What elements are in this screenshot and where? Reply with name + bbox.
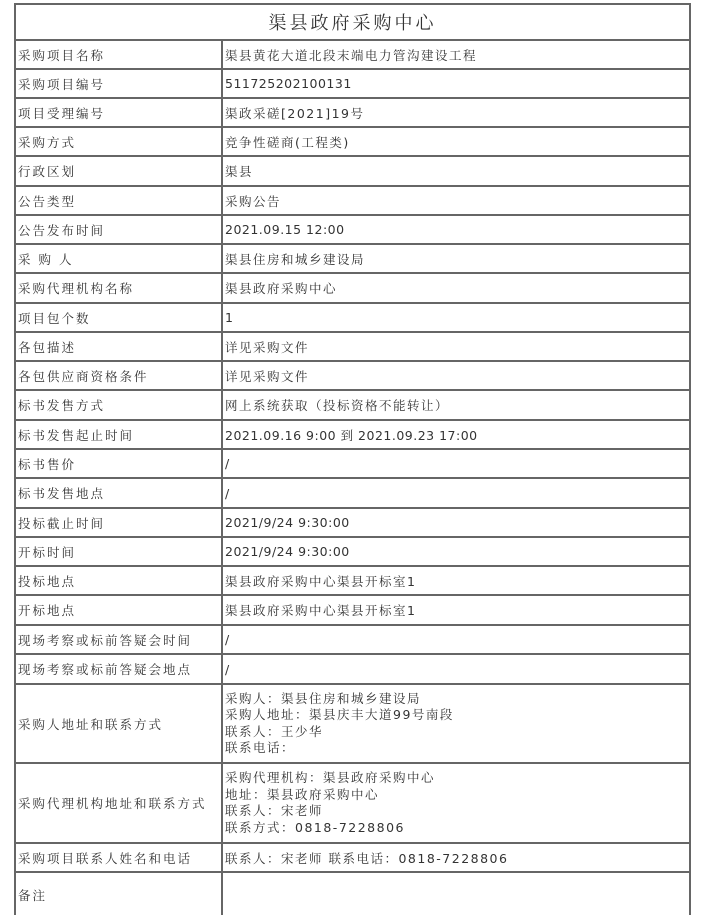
- table-row-region: 行政区划 渠县: [16, 157, 689, 187]
- row-label: 采购方式: [16, 128, 223, 155]
- row-label: 各包描述: [16, 333, 223, 360]
- table-row-agency-name: 采购代理机构名称 渠县政府采购中心: [16, 274, 689, 304]
- row-label: 标书售价: [16, 450, 223, 477]
- table-row-bid-opening-time: 开标时间 2021/9/24 9:30:00: [16, 538, 689, 567]
- row-value: 511725202100131: [223, 70, 689, 97]
- table-row-project-contact: 采购项目联系人姓名和电话 联系人：宋老师 联系电话：0818-7228806: [16, 844, 689, 873]
- table-row-opening-location: 开标地点 渠县政府采购中心渠县开标室1: [16, 596, 689, 626]
- row-value: /: [223, 450, 689, 477]
- row-value: 1: [223, 304, 689, 331]
- row-value: /: [223, 655, 689, 683]
- purchaser-line: 采购人：渠县住房和城乡建设局: [225, 691, 689, 708]
- row-label: 标书发售起止时间: [16, 421, 223, 448]
- table-row-purchaser-contact: 采购人地址和联系方式 采购人：渠县住房和城乡建设局 采购人地址：渠县庆丰大道99…: [16, 685, 689, 764]
- row-value: 渠县住房和城乡建设局: [223, 245, 689, 272]
- row-value: 采购公告: [223, 187, 689, 214]
- agency-contact-person-line: 联系人：宋老师: [225, 803, 689, 820]
- agency-line: 采购代理机构：渠县政府采购中心: [225, 770, 689, 787]
- agency-address-line: 地址：渠县政府采购中心: [225, 787, 689, 804]
- table-row-acceptance-number: 项目受理编号 渠政采磋[2021]19号: [16, 99, 689, 128]
- row-label: 备注: [16, 873, 223, 915]
- purchaser-address-line: 采购人地址：渠县庆丰大道99号南段: [225, 707, 689, 724]
- row-label: 现场考察或标前答疑会时间: [16, 626, 223, 653]
- row-label: 标书发售方式: [16, 391, 223, 419]
- row-label: 采 购 人: [16, 245, 223, 272]
- agency-phone-line: 联系方式：0818-7228806: [225, 820, 689, 837]
- table-row-agency-contact: 采购代理机构地址和联系方式 采购代理机构：渠县政府采购中心 地址：渠县政府采购中…: [16, 764, 689, 844]
- row-label: 标书发售地点: [16, 479, 223, 507]
- purchaser-contact-block: 采购人：渠县住房和城乡建设局 采购人地址：渠县庆丰大道99号南段 联系人：王少华…: [223, 685, 689, 762]
- table-row-package-count: 项目包个数 1: [16, 304, 689, 333]
- row-label: 现场考察或标前答疑会地点: [16, 655, 223, 683]
- row-value: 2021.09.16 9:00 到 2021.09.23 17:00: [223, 421, 689, 448]
- row-value: 2021/9/24 9:30:00: [223, 538, 689, 565]
- table-row-notice-type: 公告类型 采购公告: [16, 187, 689, 216]
- row-value: 网上系统获取（投标资格不能转让）: [223, 391, 689, 419]
- table-row-purchaser: 采 购 人 渠县住房和城乡建设局: [16, 245, 689, 274]
- row-value: 渠政采磋[2021]19号: [223, 99, 689, 126]
- row-value: 渠县政府采购中心渠县开标室1: [223, 567, 689, 594]
- table-row-site-visit-time: 现场考察或标前答疑会时间 /: [16, 626, 689, 655]
- page-title: 渠县政府采购中心: [16, 5, 689, 41]
- row-value: /: [223, 479, 689, 507]
- row-value: [223, 873, 689, 915]
- agency-contact-block: 采购代理机构：渠县政府采购中心 地址：渠县政府采购中心 联系人：宋老师 联系方式…: [223, 764, 689, 842]
- row-label: 采购项目名称: [16, 41, 223, 68]
- table-row-project-number: 采购项目编号 511725202100131: [16, 70, 689, 99]
- table-row-bid-deadline: 投标截止时间 2021/9/24 9:30:00: [16, 509, 689, 538]
- row-value: 2021.09.15 12:00: [223, 216, 689, 243]
- row-label: 投标地点: [16, 567, 223, 594]
- row-value: 详见采购文件: [223, 362, 689, 389]
- table-row-publish-time: 公告发布时间 2021.09.15 12:00: [16, 216, 689, 245]
- table-row-tender-sale-period: 标书发售起止时间 2021.09.16 9:00 到 2021.09.23 17…: [16, 421, 689, 450]
- table-row-supplier-qualification: 各包供应商资格条件 详见采购文件: [16, 362, 689, 391]
- row-label: 投标截止时间: [16, 509, 223, 536]
- row-value: 渠县政府采购中心: [223, 274, 689, 302]
- table-row-project-name: 采购项目名称 渠县黄花大道北段末端电力管沟建设工程: [16, 41, 689, 70]
- row-value: /: [223, 626, 689, 653]
- row-value: 渠县黄花大道北段末端电力管沟建设工程: [223, 41, 689, 68]
- row-label: 采购项目编号: [16, 70, 223, 97]
- row-label: 采购代理机构地址和联系方式: [16, 764, 223, 842]
- row-label: 采购人地址和联系方式: [16, 685, 223, 762]
- row-value: 渠县: [223, 157, 689, 185]
- table-row-site-visit-location: 现场考察或标前答疑会地点 /: [16, 655, 689, 685]
- row-label: 采购项目联系人姓名和电话: [16, 844, 223, 871]
- purchaser-phone-line: 联系电话：: [225, 740, 689, 757]
- row-value: 竞争性磋商(工程类): [223, 128, 689, 155]
- table-row-remarks: 备注: [16, 873, 689, 915]
- row-label: 项目受理编号: [16, 99, 223, 126]
- row-label: 各包供应商资格条件: [16, 362, 223, 389]
- row-label: 开标地点: [16, 596, 223, 624]
- table-row-bid-location: 投标地点 渠县政府采购中心渠县开标室1: [16, 567, 689, 596]
- row-label: 项目包个数: [16, 304, 223, 331]
- table-row-tender-sale-location: 标书发售地点 /: [16, 479, 689, 509]
- row-label: 公告发布时间: [16, 216, 223, 243]
- procurement-notice-table: 渠县政府采购中心 采购项目名称 渠县黄花大道北段末端电力管沟建设工程 采购项目编…: [14, 3, 691, 915]
- row-label: 公告类型: [16, 187, 223, 214]
- table-row-procurement-method: 采购方式 竞争性磋商(工程类): [16, 128, 689, 157]
- table-row-tender-sale-method: 标书发售方式 网上系统获取（投标资格不能转让）: [16, 391, 689, 421]
- table-row-tender-price: 标书售价 /: [16, 450, 689, 479]
- row-label: 行政区划: [16, 157, 223, 185]
- row-label: 开标时间: [16, 538, 223, 565]
- row-value: 渠县政府采购中心渠县开标室1: [223, 596, 689, 624]
- row-label: 采购代理机构名称: [16, 274, 223, 302]
- row-value: 详见采购文件: [223, 333, 689, 360]
- row-value: 联系人：宋老师 联系电话：0818-7228806: [223, 844, 689, 871]
- purchaser-contact-person-line: 联系人：王少华: [225, 724, 689, 741]
- row-value: 2021/9/24 9:30:00: [223, 509, 689, 536]
- table-row-package-description: 各包描述 详见采购文件: [16, 333, 689, 362]
